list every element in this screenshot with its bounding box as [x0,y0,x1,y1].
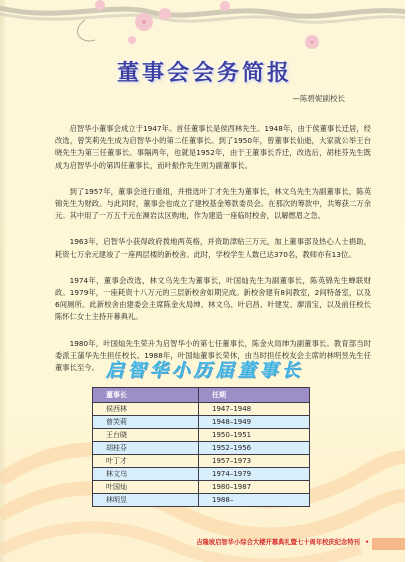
chairman-term: 1980–1987 [199,481,310,494]
chairman-term: 1947–1948 [199,403,310,416]
page-right-margin [405,0,409,562]
paragraph: 1974年，董事会改选，林文乌先生为董事长，叶国灿先生为副董事长，陈英锦先生蝉联… [55,275,371,324]
chairman-name: 侯西林 [93,403,199,416]
chairman-term: 1957–1973 [199,455,310,468]
table-row: 曾笑莉 1948–1949 [93,416,310,429]
chairman-term: 1952–1956 [199,442,310,455]
chairman-term: 1950–1951 [199,429,310,442]
table-row: 侯西林 1947–1948 [93,403,310,416]
paragraph: 1963年，启智华小获得政府拨地两英格，并资助津贴三万元，加上董事部及热心人士捐… [55,236,371,260]
table-row: 林文乌 1974–1979 [93,468,310,481]
chairman-term: 1974–1979 [199,468,310,481]
floral-ribbon-decoration [0,0,405,60]
paragraph: 到了1957年，董事会进行重组，并推选叶丁才先生为董事长，林文乌先生为副董事长，… [55,186,371,223]
table-header-row: 董事长 任期 [93,388,310,403]
chairman-name: 叶国灿 [93,481,199,494]
chairman-name: 林文乌 [93,468,199,481]
chairman-name: 叶丁才 [93,455,199,468]
article-author: —陈碧妮副校长 [293,93,346,104]
chairman-name: 曾笑莉 [93,416,199,429]
chairman-name: 林明昱 [93,494,199,507]
table-row: 胡桂芬 1952–1956 [93,442,310,455]
board-section-title: 启智华小历届董事长 [0,356,405,382]
footer-color-tab [372,538,405,550]
column-header-chairman: 董事长 [93,388,199,403]
column-header-term: 任期 [199,388,310,403]
magazine-page: 董事会会务简报 —陈碧妮副校长 启智华小董事会成立于1947年。首任董事长是侯西… [0,0,405,562]
article-body: 启智华小董事会成立于1947年。首任董事长是侯西林先生。1948年，由于侯董事长… [55,123,371,388]
separator-dot-icon: • [365,539,369,546]
chairman-term: 1948–1949 [199,416,310,429]
publication-title: 吉隆坡启智华小综合大楼开幕典礼暨七十周年校庆纪念特刊 [196,539,360,546]
chairmen-table: 董事长 任期 侯西林 1947–1948 曾笑莉 1948–1949 王台晓 1… [92,387,310,507]
chairman-name: 胡桂芬 [93,442,199,455]
chairman-term: 1988– [199,494,310,507]
table-row: 林明昱 1988– [93,494,310,507]
table-row: 叶国灿 1980–1987 [93,481,310,494]
table-row: 王台晓 1950–1951 [93,429,310,442]
page-footer: 吉隆坡启智华小综合大楼开幕典礼暨七十周年校庆纪念特刊 • 47 [0,537,382,546]
table-row: 叶丁才 1957–1973 [93,455,310,468]
chairman-name: 王台晓 [93,429,199,442]
paragraph: 启智华小董事会成立于1947年。首任董事长是侯西林先生。1948年，由于侯董事长… [55,123,371,172]
article-title: 董事会会务简报 [0,56,405,87]
